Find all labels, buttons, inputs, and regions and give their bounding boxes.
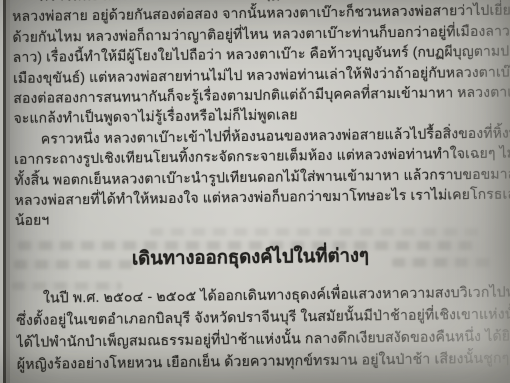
paragraph-about-luang-ta-bo: คราวหนึ่ง หลวงตาเบ๊าะมานอนแรมที่กุฏิของ … — [12, 0, 510, 231]
page-edge-midtone — [6, 0, 10, 383]
page-text-block: คราวหนึ่ง หลวงตาเบ๊าะมานอนแรมที่กุฏิของ … — [12, 0, 510, 383]
section-heading-wrap: เดินทางออกธุดงค์ไปในที่ต่างๆ — [15, 240, 485, 275]
book-page-photo: คราวหนึ่ง หลวงตาเบ๊าะมานอนแรมที่กุฏิของ … — [0, 0, 510, 383]
paragraph-tudong-journey: ในปี พ.ศ. ๒๕๐๔ - ๒๕๐๕ ได้ออกเดินทางธุดงค… — [16, 281, 510, 376]
section-heading: เดินทางออกธุดงค์ไปในที่ต่างๆ — [15, 240, 485, 275]
